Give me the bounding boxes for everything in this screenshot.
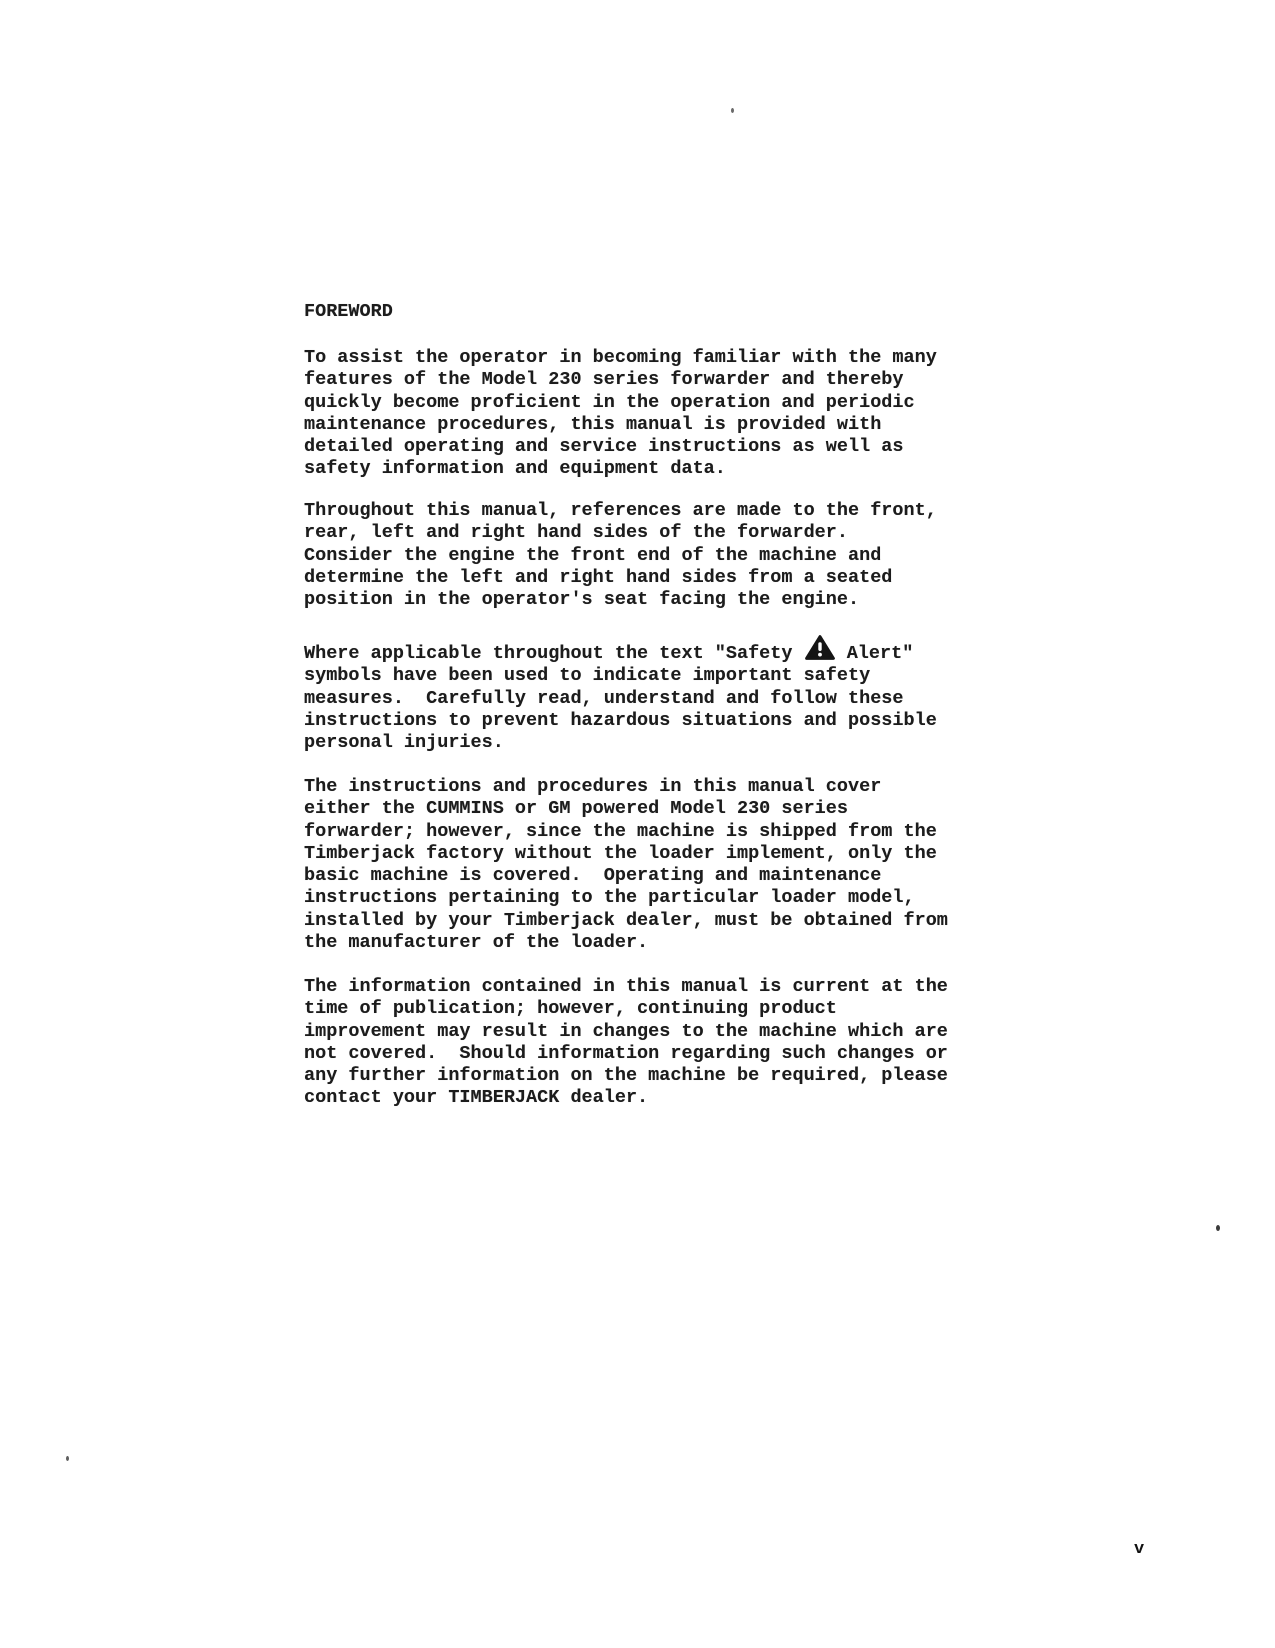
foreword-heading: FOREWORD (304, 301, 1004, 323)
scan-speck (1216, 1225, 1220, 1231)
scan-speck (66, 1456, 69, 1461)
foreword-paragraph-3: Where applicable throughout the text "Sa… (304, 635, 1004, 754)
page-number: v (1134, 1541, 1144, 1559)
scan-speck (731, 108, 734, 113)
manual-page: FOREWORD To assist the operator in becom… (0, 0, 1275, 1648)
safety-alert-icon (805, 635, 835, 660)
safety-sentence-before: Where applicable throughout the text "Sa… (304, 643, 804, 664)
foreword-paragraph-4: The instructions and procedures in this … (304, 776, 1004, 954)
foreword-paragraph-1: To assist the operator in becoming famil… (304, 347, 1004, 481)
foreword-paragraph-2: Throughout this manual, references are m… (304, 500, 1004, 611)
foreword-paragraph-5: The information contained in this manual… (304, 976, 1004, 1110)
